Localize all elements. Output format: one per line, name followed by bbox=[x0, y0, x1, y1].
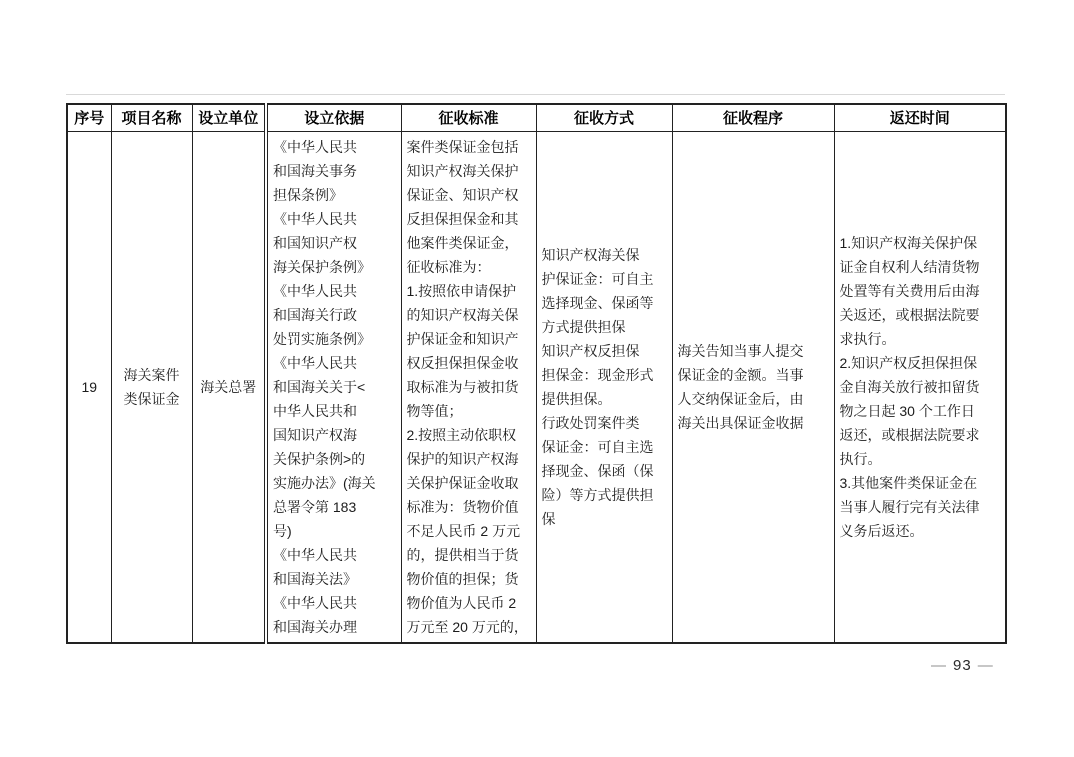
cell-serial-number: 19 bbox=[67, 131, 111, 643]
header-serial-number: 序号 bbox=[67, 104, 111, 131]
header-refund-time: 返还时间 bbox=[834, 104, 1006, 131]
header-collection-standard: 征收标准 bbox=[401, 104, 536, 131]
cell-collection-method: 知识产权海关保 护保证金：可自主 选择现金、保函等 方式提供担保 知识产权反担保… bbox=[536, 131, 672, 643]
cell-legal-basis: 《中华人民共 和国海关事务 担保条例》 《中华人民共 和国知识产权 海关保护条例… bbox=[266, 131, 401, 643]
cell-establishing-unit: 海关总署 bbox=[192, 131, 266, 643]
deposit-fee-table: 序号 项目名称 设立单位 设立依据 征收标准 征收方式 征收程序 返还时间 19… bbox=[66, 103, 1007, 644]
header-collection-procedure: 征收程序 bbox=[672, 104, 834, 131]
header-project-name: 项目名称 bbox=[111, 104, 192, 131]
page-number: —93— bbox=[925, 657, 1000, 674]
header-collection-method: 征收方式 bbox=[536, 104, 672, 131]
cell-project-name: 海关案件 类保证金 bbox=[111, 131, 192, 643]
table-header-row: 序号 项目名称 设立单位 设立依据 征收标准 征收方式 征收程序 返还时间 bbox=[67, 104, 1006, 131]
page-margin-rule bbox=[66, 94, 1005, 95]
cell-refund-time: 1.知识产权海关保护保 证金自权利人结清货物 处置等有关费用后由海 关返还，或根… bbox=[834, 131, 1006, 643]
cell-collection-standard: 案件类保证金包括 知识产权海关保护 保证金、知识产权 反担保担保金和其 他案件类… bbox=[401, 131, 536, 643]
table-row: 19 海关案件 类保证金 海关总署 《中华人民共 和国海关事务 担保条例》 《中… bbox=[67, 131, 1006, 643]
page-number-dash-left: — bbox=[925, 657, 953, 674]
cell-collection-procedure: 海关告知当事人提交 保证金的金额。当事 人交纳保证金后，由 海关出具保证金收据 bbox=[672, 131, 834, 643]
header-establishing-unit: 设立单位 bbox=[192, 104, 266, 131]
page-number-dash-right: — bbox=[972, 657, 1000, 674]
page-number-value: 93 bbox=[953, 657, 972, 674]
document-page: 序号 项目名称 设立单位 设立依据 征收标准 征收方式 征收程序 返还时间 19… bbox=[0, 0, 1074, 757]
header-legal-basis: 设立依据 bbox=[266, 104, 401, 131]
